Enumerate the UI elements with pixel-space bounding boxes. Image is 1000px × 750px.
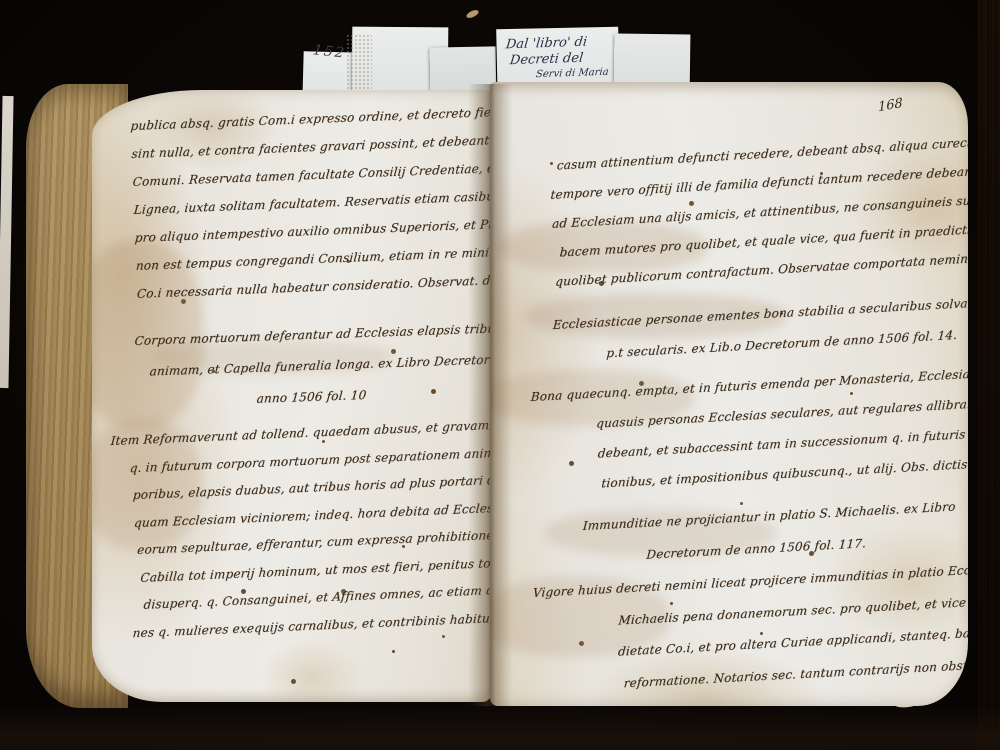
bookmark-note-line: Dal 'libro' di [505, 35, 588, 53]
backing-paper-sliver [0, 96, 14, 388]
backdrop-shadow [0, 704, 1000, 750]
right-page: 168 casum attinentium defuncti recedere,… [490, 82, 968, 706]
bookmark-tab-number: 152 [312, 42, 347, 61]
wood-table-edge [978, 0, 1000, 750]
left-page: publica absq. gratis Com.i expresso ordi… [92, 90, 492, 702]
page-number: 168 [878, 96, 903, 115]
dust-speck [465, 9, 479, 20]
bookmark-note-line: Decreti del [509, 51, 584, 69]
manuscript-photo: 152 Dal 'libro' di Decreti del Servi di … [0, 0, 1000, 750]
